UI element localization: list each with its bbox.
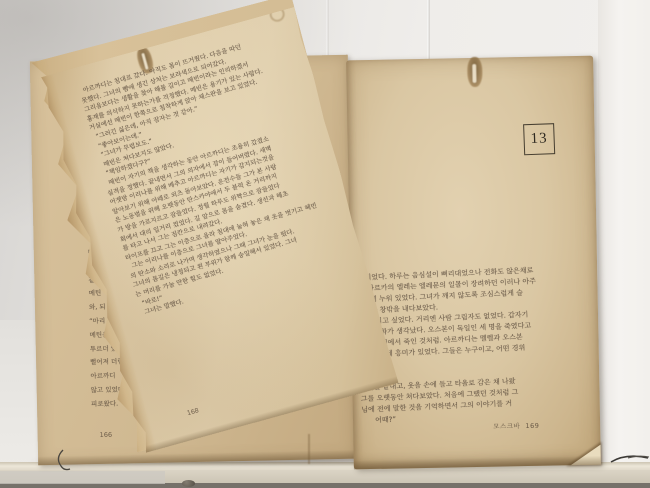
page-number: 166 xyxy=(100,431,113,439)
page-169: 13 가 되었다. 하루는 음심설이 뻐리대었으나 전화도 않은채로나. 마르카… xyxy=(346,56,601,470)
binding-hole xyxy=(467,57,483,87)
running-footer: 모스크바 169 xyxy=(493,421,539,431)
footer-title: 모스크바 xyxy=(493,422,520,431)
chapter-number-badge: 13 xyxy=(523,123,555,155)
page-text-block: 가 되었다. 하루는 음심설이 뻐리대었으나 전화도 않은채로나. 마르카의 엘… xyxy=(355,263,594,427)
photo-of-book-pages: 13 가 되었다. 하루는 음심설이 뻐리대었으나 전화도 않은채로나. 마르카… xyxy=(0,0,650,488)
pebble xyxy=(182,480,195,487)
wall xyxy=(598,0,650,466)
wall xyxy=(0,320,40,466)
shelf-floor xyxy=(0,471,165,484)
page-number: 169 xyxy=(525,422,539,430)
page-number: 168 xyxy=(186,407,199,417)
binding-slit xyxy=(472,64,476,83)
wall-seam xyxy=(427,0,430,60)
paper-crease xyxy=(308,434,310,464)
page-text-block: 아르까디는 침대로 갔다. 아직도 몸이 뜨거웠다. 다음을 따던못했다. 그녀… xyxy=(78,30,348,318)
